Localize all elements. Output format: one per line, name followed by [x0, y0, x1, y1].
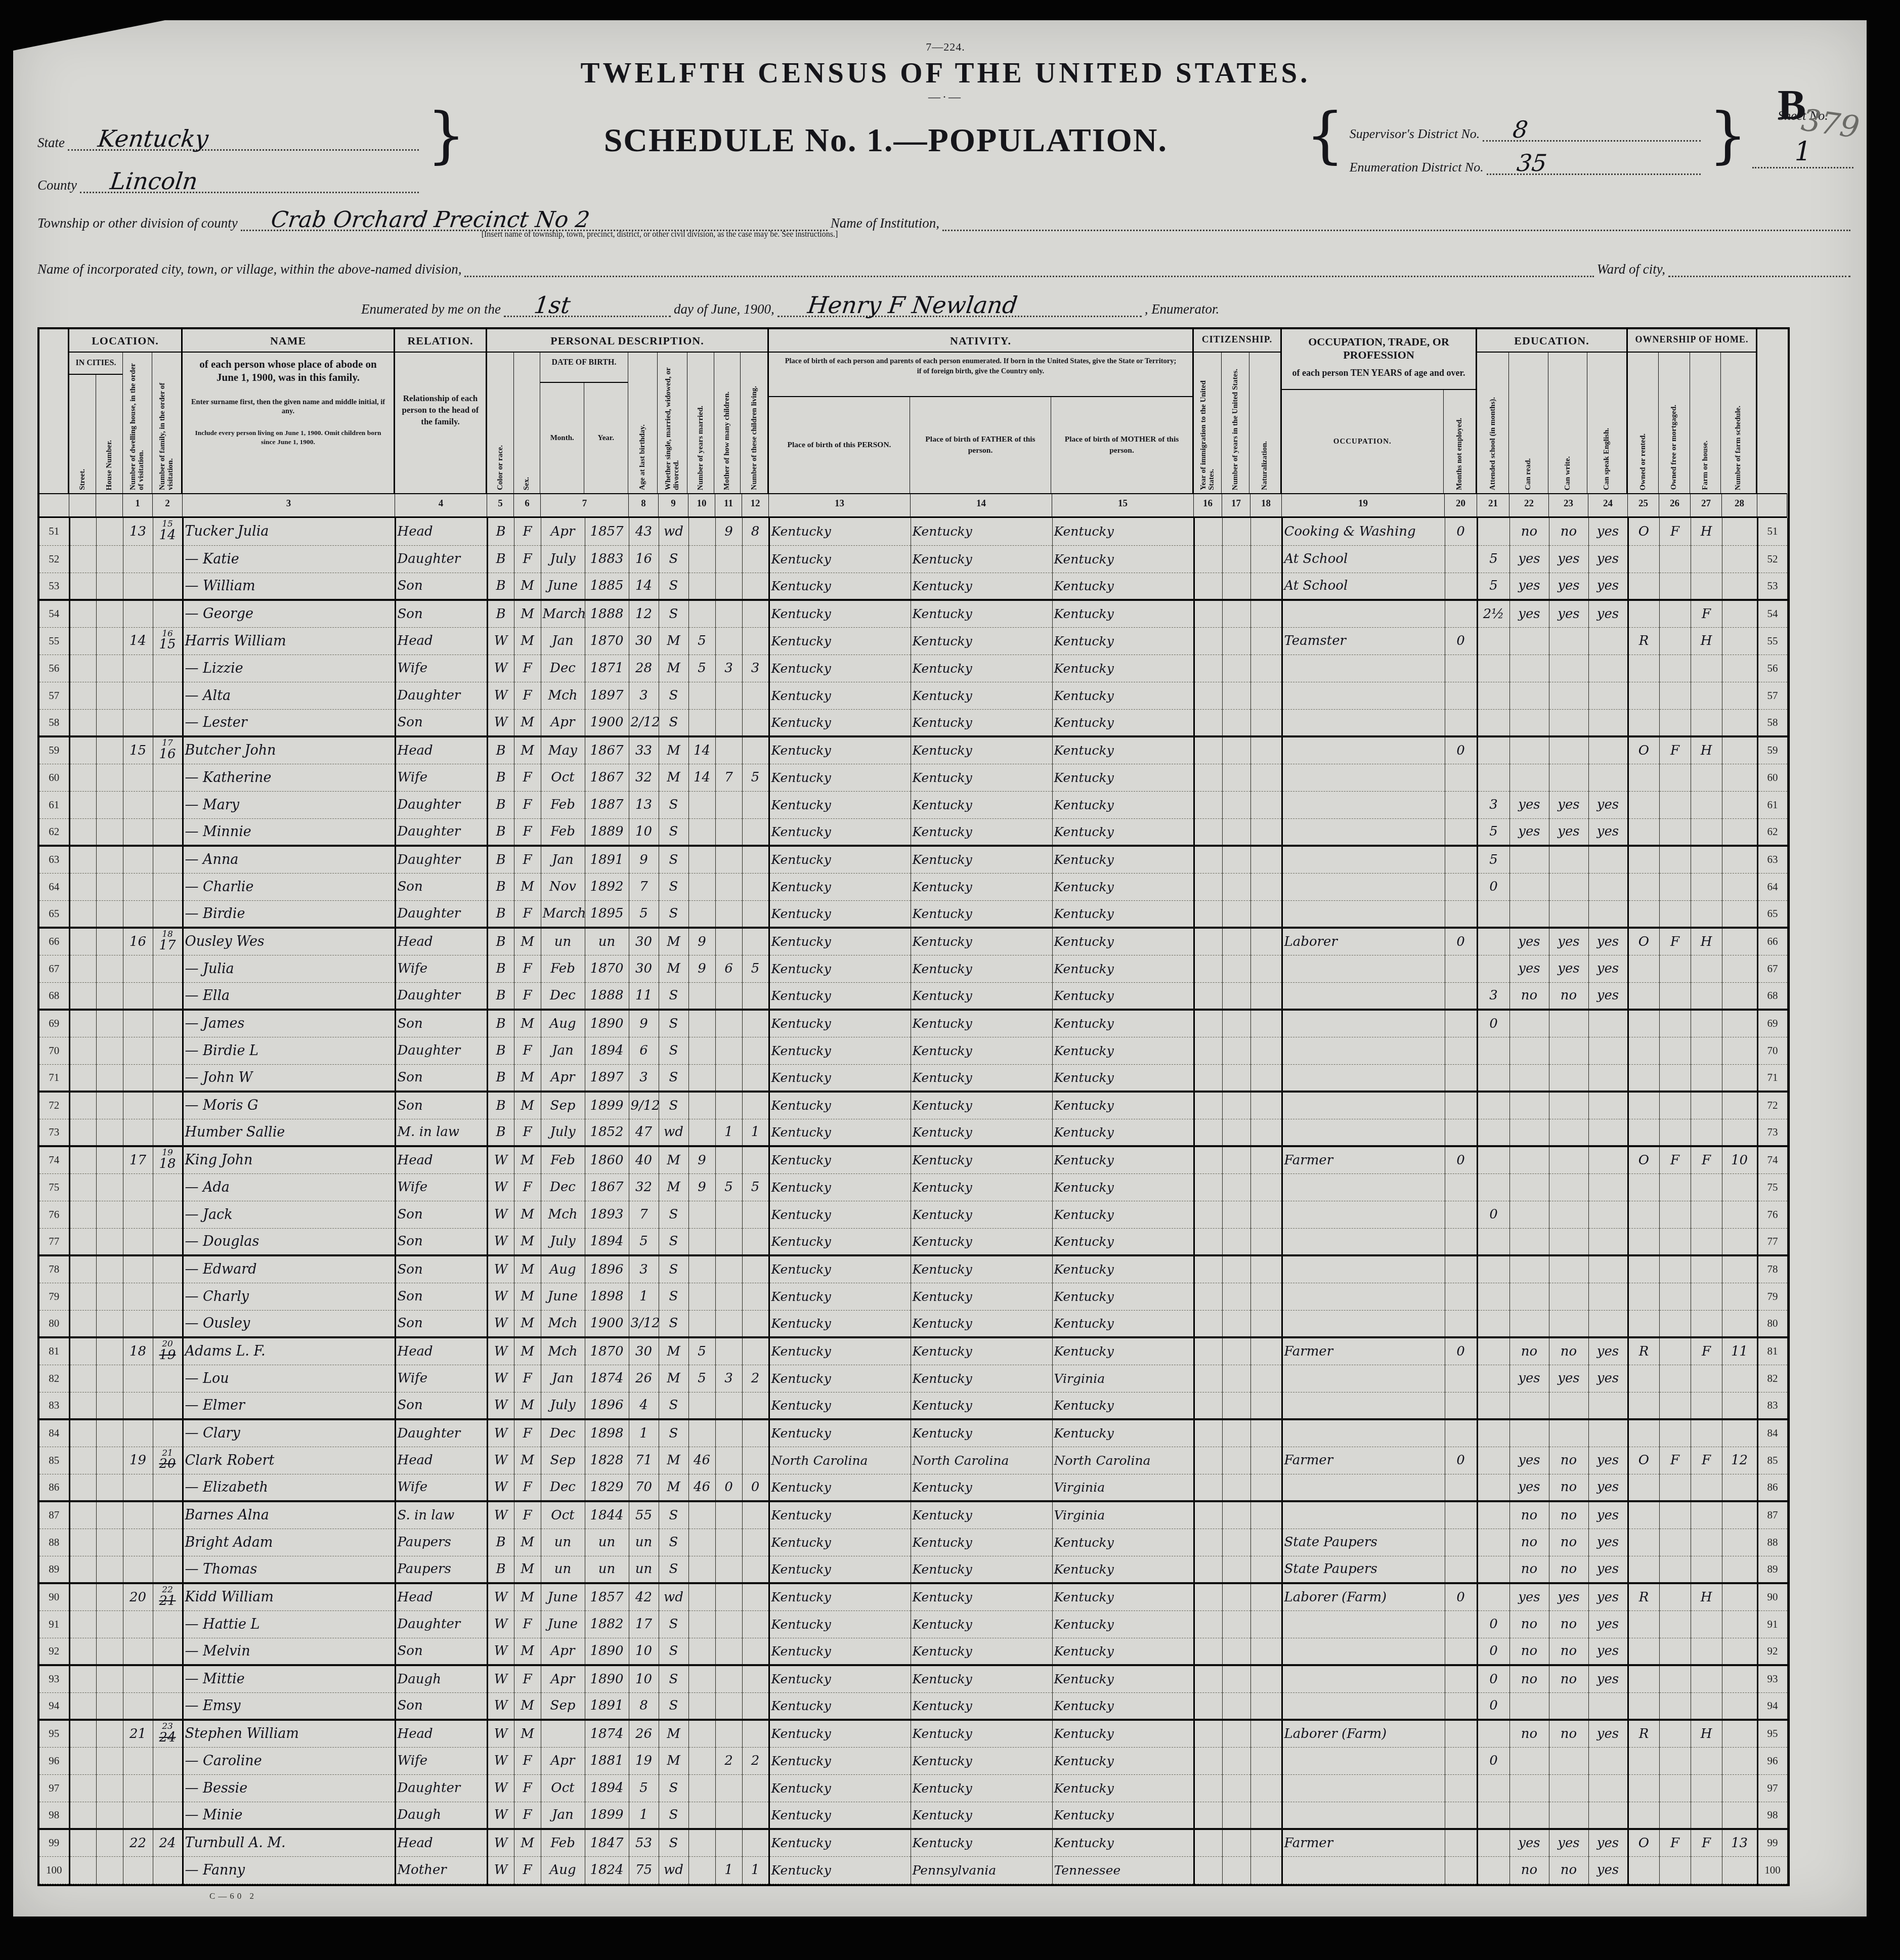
- can-write-cell: [1549, 1173, 1588, 1201]
- township-value: Crab Orchard Precinct No 2: [270, 207, 591, 233]
- color-race-cell: B: [487, 1092, 514, 1119]
- occupation-cell: [1282, 1638, 1445, 1665]
- house-cell: [96, 1310, 123, 1337]
- months-not-employed-cell: [1445, 900, 1477, 928]
- can-speak-english-cell: yes: [1588, 955, 1628, 982]
- mother-birthplace-cell: North Carolina: [1052, 1447, 1194, 1474]
- sex-cell: F: [514, 1802, 541, 1829]
- father-birthplace-cell: Kentucky: [911, 900, 1052, 928]
- dwelling-number-cell: [123, 1283, 153, 1310]
- column-number: 5: [487, 494, 514, 516]
- color-race-cell: W: [487, 1201, 514, 1228]
- farm-schedule-number-cell: [1722, 846, 1757, 873]
- farm-or-house-cell: [1691, 1692, 1722, 1720]
- years-married-cell: [688, 1310, 715, 1337]
- enumerated-label: Enumerated by me on the: [361, 301, 501, 317]
- months-not-employed-cell: [1445, 1501, 1477, 1529]
- age-cell: 32: [629, 764, 659, 791]
- years-married-cell: [688, 1228, 715, 1255]
- birth-year-cell: 1867: [585, 764, 629, 791]
- sex-cell: F: [514, 1501, 541, 1529]
- attended-school-cell: [1477, 1720, 1509, 1747]
- table-row: 67— JuliaWifeBFFeb187030M965KentuckyKent…: [39, 955, 1787, 982]
- mother-of-children-cell: [715, 1201, 742, 1228]
- marital-status-cell: M: [659, 1474, 688, 1501]
- mother-birthplace-cell: Kentucky: [1052, 1556, 1194, 1583]
- sex-cell: M: [514, 627, 541, 655]
- owned-free-mortgaged-cell: [1659, 1201, 1691, 1228]
- owned-or-rented-cell: O: [1628, 518, 1659, 545]
- sex-cell: F: [514, 1747, 541, 1774]
- mother-birthplace-cell: Kentucky: [1052, 1638, 1194, 1665]
- marital-status-cell: S: [659, 1419, 688, 1447]
- children-living-cell: [742, 1283, 769, 1310]
- can-speak-english-cell: [1588, 627, 1628, 655]
- years-in-us-cell: [1222, 709, 1250, 736]
- table-row: 90202221Kidd WilliamHeadWMJune185742wdKe…: [39, 1583, 1787, 1610]
- column-number: 1: [123, 494, 153, 516]
- family-number-cell: [153, 1802, 183, 1829]
- can-write-cell: [1549, 1037, 1588, 1064]
- can-write-cell: no: [1549, 1638, 1588, 1665]
- farm-schedule-number-cell: [1722, 818, 1757, 846]
- can-speak-english-cell: [1588, 1419, 1628, 1447]
- owned-free-mortgaged-cell: [1659, 791, 1691, 818]
- naturalization-cell: [1250, 1419, 1282, 1447]
- birth-month-cell: un: [541, 928, 585, 955]
- birthplace-cell: Kentucky: [769, 518, 911, 545]
- years-married-cell: 9: [688, 1146, 715, 1173]
- naturalization-cell: [1250, 1692, 1282, 1720]
- birth-year-cell: 1900: [585, 709, 629, 736]
- birth-month-cell: July: [541, 545, 585, 573]
- sex-cell: F: [514, 1419, 541, 1447]
- birth-year-cell: 1883: [585, 545, 629, 573]
- months-not-employed-cell: [1445, 1692, 1477, 1720]
- table-row: 97— BessieDaughterWFOct18945SKentuckyKen…: [39, 1774, 1787, 1802]
- table-row: 71— John WSonBMApr18973SKentuckyKentucky…: [39, 1064, 1787, 1092]
- birth-year-cell: 1870: [585, 1337, 629, 1365]
- street-cell: [69, 1665, 96, 1692]
- birthplace-cell: Kentucky: [769, 764, 911, 791]
- occupation-cell: [1282, 764, 1445, 791]
- line-number-right: 65: [1757, 900, 1787, 928]
- city-label: Name of incorporated city, town, or vill…: [37, 262, 461, 277]
- enumerated-date: day of June, 1900,: [674, 301, 774, 317]
- sex-cell: M: [514, 1310, 541, 1337]
- age-cell: 13: [629, 791, 659, 818]
- street-cell: [69, 1583, 96, 1610]
- farm-or-house-column-label: Farm or house.: [1700, 438, 1710, 493]
- months-not-employed-cell: [1445, 1201, 1477, 1228]
- attended-school-cell: [1477, 1146, 1509, 1173]
- can-speak-english-cell: yes: [1588, 1501, 1628, 1529]
- state-county-block: State Kentucky County Lincoln: [37, 108, 422, 193]
- farm-or-house-cell: [1691, 846, 1722, 873]
- years-in-us-cell: [1222, 1037, 1250, 1064]
- farm-or-house-cell: [1691, 1474, 1722, 1501]
- father-birthplace-cell: Kentucky: [911, 1474, 1052, 1501]
- table-row: 89— ThomasPaupersBMunununSKentuckyKentuc…: [39, 1556, 1787, 1583]
- father-birthplace-cell: Kentucky: [911, 1747, 1052, 1774]
- name-cell: — Katie: [183, 545, 395, 573]
- children-living-cell: 5: [742, 764, 769, 791]
- street-cell: [69, 1474, 96, 1501]
- can-speak-english-cell: yes: [1588, 1365, 1628, 1392]
- house-cell: [96, 1146, 123, 1173]
- dwelling-number-cell: [123, 818, 153, 846]
- birthplace-cell: Kentucky: [769, 1337, 911, 1365]
- form-number: 7—224.: [37, 40, 1853, 54]
- owned-free-mortgaged-cell: [1659, 1392, 1691, 1419]
- owned-or-rented-cell: O: [1628, 928, 1659, 955]
- can-write-cell: no: [1549, 1856, 1588, 1884]
- dwelling-number-cell: 14: [123, 627, 153, 655]
- name-cell: Stephen William: [183, 1720, 395, 1747]
- months-not-employed-cell: [1445, 682, 1477, 709]
- farm-or-house-cell: F: [1691, 1829, 1722, 1856]
- can-write-cell: no: [1549, 982, 1588, 1010]
- farm-schedule-number-cell: [1722, 900, 1757, 928]
- years-in-us-cell: [1222, 1419, 1250, 1447]
- can-read-cell: [1509, 1146, 1549, 1173]
- can-read-cell: [1509, 1064, 1549, 1092]
- relation-cell: Wife: [395, 655, 487, 682]
- enumerator-value: Henry F Newland: [806, 291, 1019, 319]
- owned-or-rented-cell: [1628, 846, 1659, 873]
- line-number-left: 61: [39, 791, 69, 818]
- supervisor-district-value: 8: [1512, 116, 1530, 143]
- house-cell: [96, 1692, 123, 1720]
- can-read-cell: yes: [1509, 1447, 1549, 1474]
- street-cell: [69, 1692, 96, 1720]
- naturalization-cell: [1250, 1638, 1282, 1665]
- sex-cell: F: [514, 1774, 541, 1802]
- occupation-group: OCCUPATION, TRADE, OR PROFESSION of each…: [1282, 329, 1477, 493]
- dwelling-number-cell: [123, 573, 153, 600]
- birthplace-cell: Kentucky: [769, 600, 911, 627]
- years-in-us-cell: [1222, 1146, 1250, 1173]
- can-write-cell: [1549, 1692, 1588, 1720]
- mother-of-children-cell: [715, 709, 742, 736]
- marital-status-cell: S: [659, 1829, 688, 1856]
- color-race-cell: B: [487, 791, 514, 818]
- father-birthplace-cell: Kentucky: [911, 1092, 1052, 1119]
- column-number: 9: [659, 494, 688, 516]
- farm-schedule-number-cell: [1722, 1255, 1757, 1283]
- sex-cell: M: [514, 1201, 541, 1228]
- immigration-year-cell: [1194, 873, 1222, 900]
- owned-or-rented-cell: [1628, 709, 1659, 736]
- dwelling-number-cell: [123, 1310, 153, 1337]
- color-race-cell: W: [487, 1283, 514, 1310]
- birth-month-cell: July: [541, 1119, 585, 1146]
- months-not-employed-cell: [1445, 1747, 1477, 1774]
- mother-of-children-cell: [715, 1720, 742, 1747]
- sex-cell: F: [514, 900, 541, 928]
- owned-or-rented-cell: R: [1628, 627, 1659, 655]
- owned-or-rented-cell: [1628, 1774, 1659, 1802]
- house-cell: [96, 955, 123, 982]
- birth-year-cell: 1890: [585, 1010, 629, 1037]
- father-birthplace-cell: Kentucky: [911, 1010, 1052, 1037]
- owned-free-mortgaged-cell: [1659, 600, 1691, 627]
- relation-cell: Wife: [395, 1474, 487, 1501]
- color-race-cell: W: [487, 1692, 514, 1720]
- father-birthplace-cell: Kentucky: [911, 1501, 1052, 1529]
- can-read-cell: yes: [1509, 1829, 1549, 1856]
- farm-schedule-number-cell: [1722, 1092, 1757, 1119]
- color-race-cell: B: [487, 764, 514, 791]
- owned-free-mortgaged-cell: [1659, 900, 1691, 928]
- column-number: 2: [153, 494, 183, 516]
- color-race-cell: B: [487, 1064, 514, 1092]
- street-cell: [69, 928, 96, 955]
- mother-birthplace-cell: Kentucky: [1052, 1610, 1194, 1638]
- can-read-cell: yes: [1509, 818, 1549, 846]
- farm-schedule-number-cell: [1722, 1774, 1757, 1802]
- can-read-cell: [1509, 1283, 1549, 1310]
- can-speak-english-cell: yes: [1588, 1610, 1628, 1638]
- family-number-cell: 2324: [153, 1720, 183, 1747]
- dwelling-number-cell: [123, 709, 153, 736]
- can-speak-english-cell: yes: [1588, 791, 1628, 818]
- can-write-cell: [1549, 873, 1588, 900]
- mother-of-children-cell: [715, 1802, 742, 1829]
- children-living-cell: [742, 873, 769, 900]
- age-cell: 3: [629, 1064, 659, 1092]
- can-speak-english-cell: yes: [1588, 1583, 1628, 1610]
- birth-month-cell: March: [541, 600, 585, 627]
- mother-of-children-cell: [715, 1610, 742, 1638]
- birthplace-cell: Kentucky: [769, 1692, 911, 1720]
- column-number: 27: [1691, 494, 1722, 516]
- pob-person-column-label: Place of birth of this PERSON.: [769, 397, 910, 493]
- years-in-us-cell: [1222, 1337, 1250, 1365]
- table-row: 69— JamesSonBMAug18909SKentuckyKentuckyK…: [39, 1010, 1787, 1037]
- dwelling-number-cell: 15: [123, 736, 153, 764]
- mother-of-children-cell: [715, 1092, 742, 1119]
- occupation-cell: [1282, 1255, 1445, 1283]
- house-cell: [96, 1747, 123, 1774]
- mother-of-children-cell: [715, 846, 742, 873]
- farm-or-house-cell: [1691, 791, 1722, 818]
- mother-of-children-cell: [715, 1638, 742, 1665]
- relation-cell: Head: [395, 1720, 487, 1747]
- dwelling-number-cell: [123, 682, 153, 709]
- can-write-cell: [1549, 900, 1588, 928]
- table-row: 61— MaryDaughterBFFeb188713SKentuckyKent…: [39, 791, 1787, 818]
- months-not-employed-cell: [1445, 1092, 1477, 1119]
- birth-month-cell: June: [541, 573, 585, 600]
- house-cell: [96, 1474, 123, 1501]
- birthplace-cell: Kentucky: [769, 1829, 911, 1856]
- attended-school-cell: 0: [1477, 1010, 1509, 1037]
- birthplace-cell: Kentucky: [769, 1774, 911, 1802]
- house-cell: [96, 1720, 123, 1747]
- street-cell: [69, 1010, 96, 1037]
- street-cell: [69, 1310, 96, 1337]
- immigration-year-cell: [1194, 736, 1222, 764]
- dwelling-number-cell: [123, 1501, 153, 1529]
- can-write-cell: yes: [1549, 818, 1588, 846]
- marital-status-cell: M: [659, 655, 688, 682]
- owned-or-rented-cell: [1628, 1665, 1659, 1692]
- relation-group: RELATION. Relationship of each person to…: [395, 329, 487, 493]
- years-in-us-cell: [1222, 1829, 1250, 1856]
- father-birthplace-cell: Kentucky: [911, 545, 1052, 573]
- dwelling-number-cell: [123, 846, 153, 873]
- dwelling-number-cell: [123, 1556, 153, 1583]
- owned-free-mortgaged-cell: [1659, 1802, 1691, 1829]
- sex-cell: M: [514, 1146, 541, 1173]
- immigration-year-cell: [1194, 791, 1222, 818]
- street-cell: [69, 1856, 96, 1884]
- age-cell: 11: [629, 982, 659, 1010]
- name-cell: — James: [183, 1010, 395, 1037]
- attended-school-cell: 5: [1477, 545, 1509, 573]
- line-number-right: 71: [1757, 1064, 1787, 1092]
- can-speak-english-cell: yes: [1588, 1638, 1628, 1665]
- mother-of-children-cell: [715, 818, 742, 846]
- mother-birthplace-cell: Kentucky: [1052, 1010, 1194, 1037]
- owned-free-mortgaged-cell: [1659, 1556, 1691, 1583]
- years-married-cell: [688, 1037, 715, 1064]
- years-married-cell: [688, 1501, 715, 1529]
- marital-status-cell: S: [659, 900, 688, 928]
- occupation-cell: [1282, 709, 1445, 736]
- naturalization-cell: [1250, 1802, 1282, 1829]
- immigration-year-cell: [1194, 1665, 1222, 1692]
- family-number-cell: [153, 1610, 183, 1638]
- mother-birthplace-cell: Kentucky: [1052, 709, 1194, 736]
- owned-or-rented-cell: [1628, 1747, 1659, 1774]
- marital-status-cell: wd: [659, 1583, 688, 1610]
- attended-school-cell: [1477, 682, 1509, 709]
- months-not-employed-cell: [1445, 1255, 1477, 1283]
- years-in-us-cell: [1222, 1310, 1250, 1337]
- owned-free-mortgaged-cell: F: [1659, 736, 1691, 764]
- dwelling-number-cell: [123, 1856, 153, 1884]
- color-race-cell: B: [487, 873, 514, 900]
- farm-schedule-number-cell: [1722, 1556, 1757, 1583]
- attended-school-cell: [1477, 627, 1509, 655]
- can-write-cell: [1549, 1255, 1588, 1283]
- birth-month-cell: Dec: [541, 655, 585, 682]
- can-read-cell: no: [1509, 1337, 1549, 1365]
- family-number-cell: 1817: [153, 928, 183, 955]
- table-row: 64— CharlieSonBMNov18927SKentuckyKentuck…: [39, 873, 1787, 900]
- house-number-column-label: House Number.: [104, 437, 114, 493]
- sex-cell: M: [514, 1720, 541, 1747]
- can-read-cell: [1509, 1802, 1549, 1829]
- owned-free-mortgaged-cell: [1659, 1228, 1691, 1255]
- color-race-cell: W: [487, 1146, 514, 1173]
- years-married-cell: [688, 1119, 715, 1146]
- family-number-cell: [153, 1556, 183, 1583]
- dwelling-number-cell: 18: [123, 1337, 153, 1365]
- farm-or-house-cell: [1691, 1037, 1722, 1064]
- family-number-cell: [153, 1201, 183, 1228]
- can-read-cell: [1509, 655, 1549, 682]
- naturalization-cell: [1250, 1201, 1282, 1228]
- family-number-cell: 2019: [153, 1337, 183, 1365]
- birth-year-cell: 1896: [585, 1255, 629, 1283]
- name-cell: Butcher John: [183, 736, 395, 764]
- family-number-cell: [153, 1010, 183, 1037]
- house-cell: [96, 655, 123, 682]
- table-row: 87Barnes AlnaS. in lawWFOct184455SKentuc…: [39, 1501, 1787, 1529]
- age-cell: 14: [629, 573, 659, 600]
- birth-year-cell: 1871: [585, 655, 629, 682]
- occupation-cell: Laborer (Farm): [1282, 1720, 1445, 1747]
- mother-of-children-cell: [715, 682, 742, 709]
- farm-schedule-number-cell: [1722, 1037, 1757, 1064]
- months-not-employed-cell: [1445, 1419, 1477, 1447]
- marital-status-cell: S: [659, 1310, 688, 1337]
- farm-or-house-cell: [1691, 1119, 1722, 1146]
- name-cell: — Ousley: [183, 1310, 395, 1337]
- immigration-year-cell: [1194, 1774, 1222, 1802]
- name-cell: — Lester: [183, 709, 395, 736]
- county-line: Lincoln: [80, 162, 419, 193]
- line-number-left: 94: [39, 1692, 69, 1720]
- owned-free-mortgaged-cell: [1659, 1365, 1691, 1392]
- naturalization-cell: [1250, 1856, 1282, 1884]
- line-number-left: 65: [39, 900, 69, 928]
- marital-status-cell: M: [659, 627, 688, 655]
- street-cell: [69, 1529, 96, 1556]
- sex-cell: M: [514, 1283, 541, 1310]
- line-number-left: 75: [39, 1173, 69, 1201]
- farm-or-house-cell: [1691, 1064, 1722, 1092]
- street-cell: [69, 600, 96, 627]
- immigration-year-cell: [1194, 1392, 1222, 1419]
- mother-of-children-cell: 3: [715, 655, 742, 682]
- line-number-left: 86: [39, 1474, 69, 1501]
- children-living-cell: [742, 982, 769, 1010]
- owned-free-mortgaged-cell: [1659, 1501, 1691, 1529]
- relation-cell: Daughter: [395, 900, 487, 928]
- pob-mother-column-label: Place of birth of MOTHER of this person.: [1051, 397, 1192, 493]
- birthplace-cell: Kentucky: [769, 1556, 911, 1583]
- naturalization-cell: [1250, 1228, 1282, 1255]
- owned-free-mortgaged-cell: [1659, 1583, 1691, 1610]
- birth-month-cell: Feb: [541, 791, 585, 818]
- birth-year-cell: 1867: [585, 736, 629, 764]
- name-cell: — Elizabeth: [183, 1474, 395, 1501]
- sex-cell: F: [514, 518, 541, 545]
- line-number-right: 60: [1757, 764, 1787, 791]
- immigration-year-cell: [1194, 1228, 1222, 1255]
- birth-month-cell: Oct: [541, 1774, 585, 1802]
- name-cell: Bright Adam: [183, 1529, 395, 1556]
- line-number-left: 60: [39, 764, 69, 791]
- owned-free-mortgaged-cell: [1659, 1638, 1691, 1665]
- naturalization-cell: [1250, 627, 1282, 655]
- relation-cell: Head: [395, 1337, 487, 1365]
- farm-or-house-cell: [1691, 1283, 1722, 1310]
- immigration-year-cell: [1194, 955, 1222, 982]
- children-living-cell: [742, 900, 769, 928]
- owned-free-mortgaged-cell: [1659, 1610, 1691, 1638]
- can-write-cell: [1549, 1119, 1588, 1146]
- can-read-cell: no: [1509, 1720, 1549, 1747]
- occupation-cell: [1282, 1173, 1445, 1201]
- table-row: 59151716Butcher JohnHeadBMMay186733M14Ke…: [39, 736, 1787, 764]
- children-living-cell: 8: [742, 518, 769, 545]
- attended-school-cell: [1477, 1392, 1509, 1419]
